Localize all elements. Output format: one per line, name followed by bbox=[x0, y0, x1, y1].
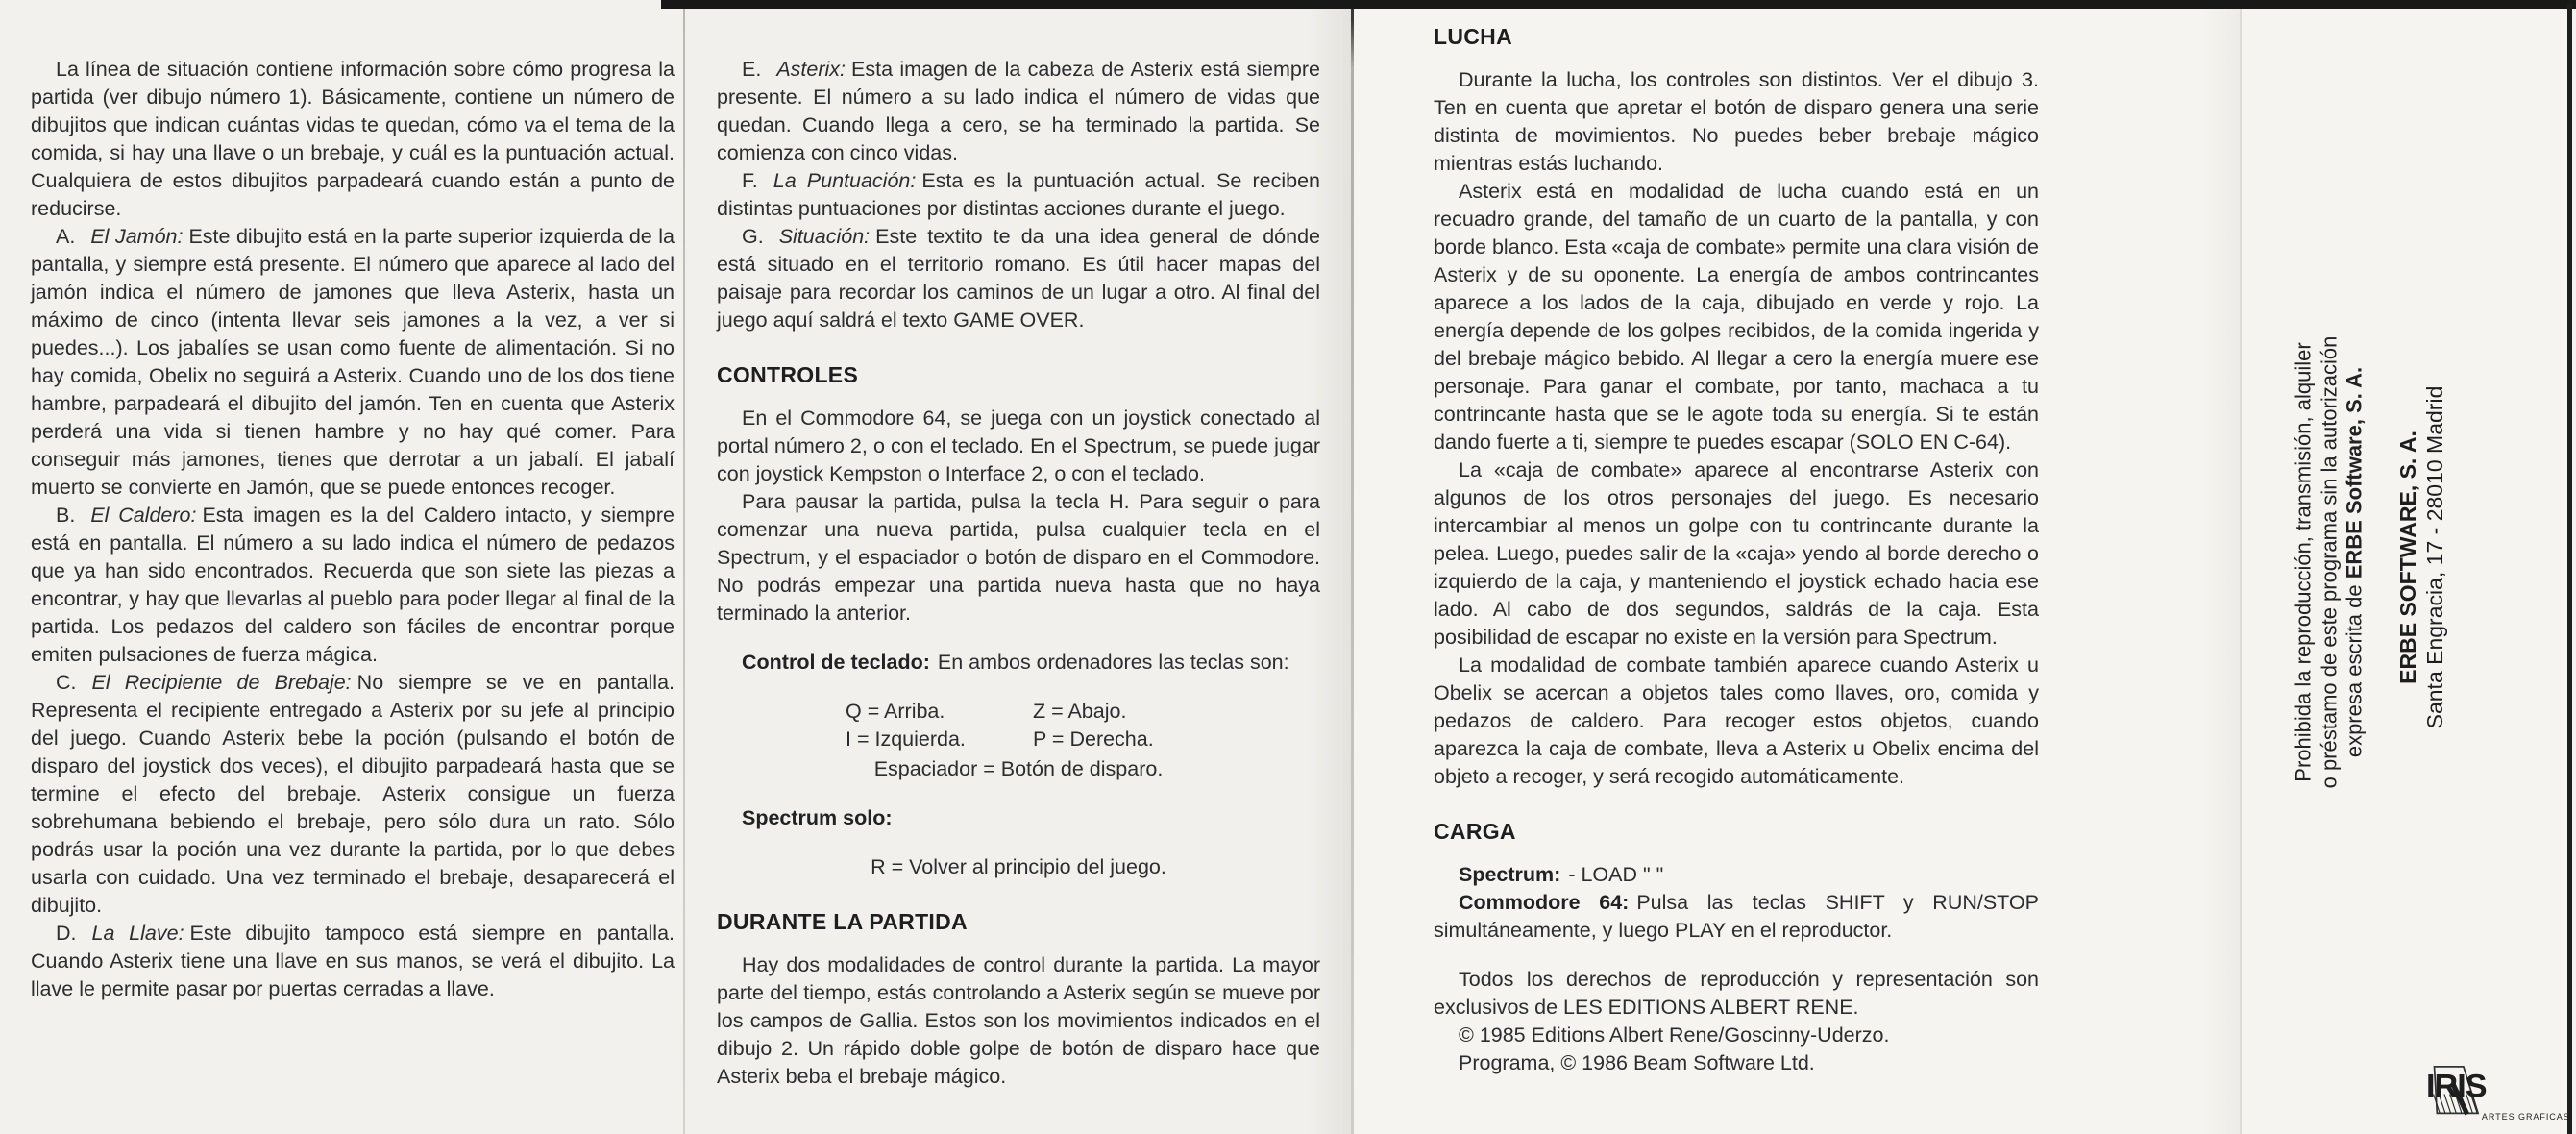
publisher-name-inline: ERBE Software, S. A. bbox=[2342, 367, 2366, 579]
item-b-paragraph: B.El Caldero:Esta imagen es la del Calde… bbox=[31, 502, 675, 669]
item-text: No siempre se ve en pantalla. Representa… bbox=[31, 671, 675, 917]
item-d-paragraph: D.La Llave:Este dibujito tampoco está si… bbox=[31, 920, 675, 1003]
item-letter: E. bbox=[742, 58, 761, 81]
spectrum-only-paragraph: Spectrum solo: bbox=[717, 804, 1320, 832]
fold-line-1 bbox=[683, 9, 685, 1134]
paragraph-text: Para pausar la partida, pulsa la tecla H… bbox=[717, 490, 1320, 625]
paragraph-text: En ambos ordenadores las teclas son: bbox=[938, 651, 1289, 674]
scan-edge-top bbox=[661, 0, 2576, 9]
item-term: Situación: bbox=[779, 225, 870, 248]
publisher-name: ERBE SOFTWARE, S. A. bbox=[2394, 386, 2421, 729]
during-game-heading: DURANTE LA PARTIDA bbox=[717, 908, 1320, 936]
key-row-1: Q = Arriba. Z = Abajo. bbox=[717, 698, 1320, 726]
key-restart: R = Volver al principio del juego. bbox=[717, 853, 1320, 881]
copyright-line-1: © 1985 Editions Albert Rene/Goscinny-Ude… bbox=[1434, 1022, 2039, 1049]
item-letter: C. bbox=[56, 671, 77, 694]
item-text: Esta imagen es la del Caldero intacto, y… bbox=[31, 504, 675, 666]
item-letter: D. bbox=[56, 922, 77, 945]
paragraph-text: Todos los derechos de reproducción y rep… bbox=[1434, 968, 2039, 1019]
item-term: La Puntuación: bbox=[773, 169, 917, 192]
controls-paragraph-1: En el Commodore 64, se juega con un joys… bbox=[717, 405, 1320, 488]
item-letter: F. bbox=[742, 169, 758, 192]
during-game-paragraph: Hay dos modalidades de control durante l… bbox=[717, 951, 1320, 1091]
column-fight-load: LUCHA Durante la lucha, los controles so… bbox=[1434, 23, 2039, 1077]
item-term: El Jamón: bbox=[90, 225, 183, 248]
load-spectrum-line: Spectrum:- LOAD " " bbox=[1434, 861, 2039, 889]
paragraph-text: Asterix está en modalidad de lucha cuand… bbox=[1434, 180, 2039, 454]
item-letter: B. bbox=[56, 504, 75, 527]
key-left: I = Izquierda. bbox=[846, 726, 1033, 753]
column-controls: E.Asterix:Esta imagen de la cabeza de As… bbox=[717, 56, 1320, 1091]
key-row-2: I = Izquierda. P = Derecha. bbox=[717, 726, 1320, 753]
controls-paragraph-2: Para pausar la partida, pulsa la tecla H… bbox=[717, 488, 1320, 628]
load-heading: CARGA bbox=[1434, 818, 2039, 846]
printer-logo: IRIS ARTES GRAFICAS bbox=[2389, 1036, 2571, 1130]
paragraph-text: Hay dos modalidades de control durante l… bbox=[717, 953, 1320, 1088]
notice-line: Prohibida la reproducción, transmisión, … bbox=[2291, 336, 2317, 789]
item-term: El Recipiente de Brebaje: bbox=[92, 671, 352, 694]
paragraph-text: Durante la lucha, los controles son dist… bbox=[1434, 68, 2039, 175]
fight-paragraph-4: La modalidad de combate también aparece … bbox=[1434, 652, 2039, 791]
fight-paragraph-2: Asterix está en modalidad de lucha cuand… bbox=[1434, 178, 2039, 456]
key-right: P = Derecha. bbox=[1033, 726, 1191, 753]
fight-paragraph-3: La «caja de combate» aparece al encontra… bbox=[1434, 456, 2039, 652]
logo-text: IRIS bbox=[2426, 1068, 2487, 1104]
publisher-address: Santa Engracia, 17 - 28010 Madrid bbox=[2421, 386, 2448, 729]
fold-shadow bbox=[2201, 0, 2240, 1134]
logo-subtext: ARTES GRAFICAS bbox=[2482, 1112, 2570, 1122]
fold-line-2 bbox=[1351, 0, 1354, 1134]
scan-edge-right bbox=[2567, 4, 2572, 1134]
load-spectrum-command: - LOAD " " bbox=[1568, 863, 1663, 886]
iris-logo-graphic: IRIS ARTES GRAFICAS bbox=[2389, 1036, 2571, 1130]
item-e-paragraph: E.Asterix:Esta imagen de la cabeza de As… bbox=[717, 56, 1320, 167]
rights-paragraph: Todos los derechos de reproducción y rep… bbox=[1434, 966, 2039, 1022]
item-term: Asterix: bbox=[776, 58, 846, 81]
notice-line-text: expresa escrita de bbox=[2342, 579, 2366, 757]
item-term: El Caldero: bbox=[90, 504, 196, 527]
keyboard-control-paragraph: Control de teclado:En ambos ordenadores … bbox=[717, 649, 1320, 677]
spectrum-only-label: Spectrum solo: bbox=[742, 806, 893, 829]
keyboard-control-label: Control de teclado: bbox=[742, 651, 930, 674]
paragraph-text: En el Commodore 64, se juega con un joys… bbox=[717, 407, 1320, 485]
paragraph-text: La línea de situación contiene informaci… bbox=[31, 58, 675, 220]
fight-paragraph-1: Durante la lucha, los controles son dist… bbox=[1434, 66, 2039, 178]
item-term: La Llave: bbox=[92, 922, 184, 945]
item-f-paragraph: F.La Puntuación:Esta es la puntuación ac… bbox=[717, 167, 1320, 223]
item-c-paragraph: C.El Recipiente de Brebaje:No siempre se… bbox=[31, 669, 675, 920]
key-up: Q = Arriba. bbox=[846, 698, 1033, 726]
item-text: Este dibujito está en la parte superior … bbox=[31, 225, 675, 499]
fold-line-3 bbox=[2240, 0, 2242, 1134]
item-letter: G. bbox=[742, 225, 764, 248]
item-g-paragraph: G.Situación:Este textito te da una idea … bbox=[717, 223, 1320, 334]
load-c64-line: Commodore 64:Pulsa las teclas SHIFT y RU… bbox=[1434, 889, 2039, 945]
item-letter: A. bbox=[56, 225, 75, 248]
key-fire: Espaciador = Botón de disparo. bbox=[717, 755, 1320, 783]
keyboard-keys-table: Q = Arriba. Z = Abajo. I = Izquierda. P … bbox=[717, 698, 1320, 783]
fight-heading: LUCHA bbox=[1434, 23, 2039, 51]
anti-piracy-notice-vertical: Prohibida la reproducción, transmisión, … bbox=[2291, 336, 2367, 789]
scanned-leaflet-page: La línea de situación contiene informaci… bbox=[0, 0, 2576, 1134]
notice-line: o préstamo de este programa sin la autor… bbox=[2317, 336, 2343, 789]
key-down: Z = Abajo. bbox=[1033, 698, 1191, 726]
paragraph-text: La «caja de combate» aparece al encontra… bbox=[1434, 458, 2039, 649]
load-spectrum-label: Spectrum: bbox=[1459, 863, 1560, 886]
item-a-paragraph: A.El Jamón:Este dibujito está en la part… bbox=[31, 223, 675, 502]
load-c64-label: Commodore 64: bbox=[1459, 891, 1629, 914]
copyright-line-2: Programa, © 1986 Beam Software Ltd. bbox=[1434, 1049, 2039, 1077]
paragraph-text: La modalidad de combate también aparece … bbox=[1434, 653, 2039, 788]
controls-heading: CONTROLES bbox=[717, 361, 1320, 389]
notice-line: expresa escrita de ERBE Software, S. A. bbox=[2342, 336, 2367, 789]
column-status-line: La línea de situación contiene informaci… bbox=[31, 56, 675, 1003]
intro-paragraph: La línea de situación contiene informaci… bbox=[31, 56, 675, 223]
publisher-block-vertical: ERBE SOFTWARE, S. A. Santa Engracia, 17 … bbox=[2394, 386, 2448, 729]
